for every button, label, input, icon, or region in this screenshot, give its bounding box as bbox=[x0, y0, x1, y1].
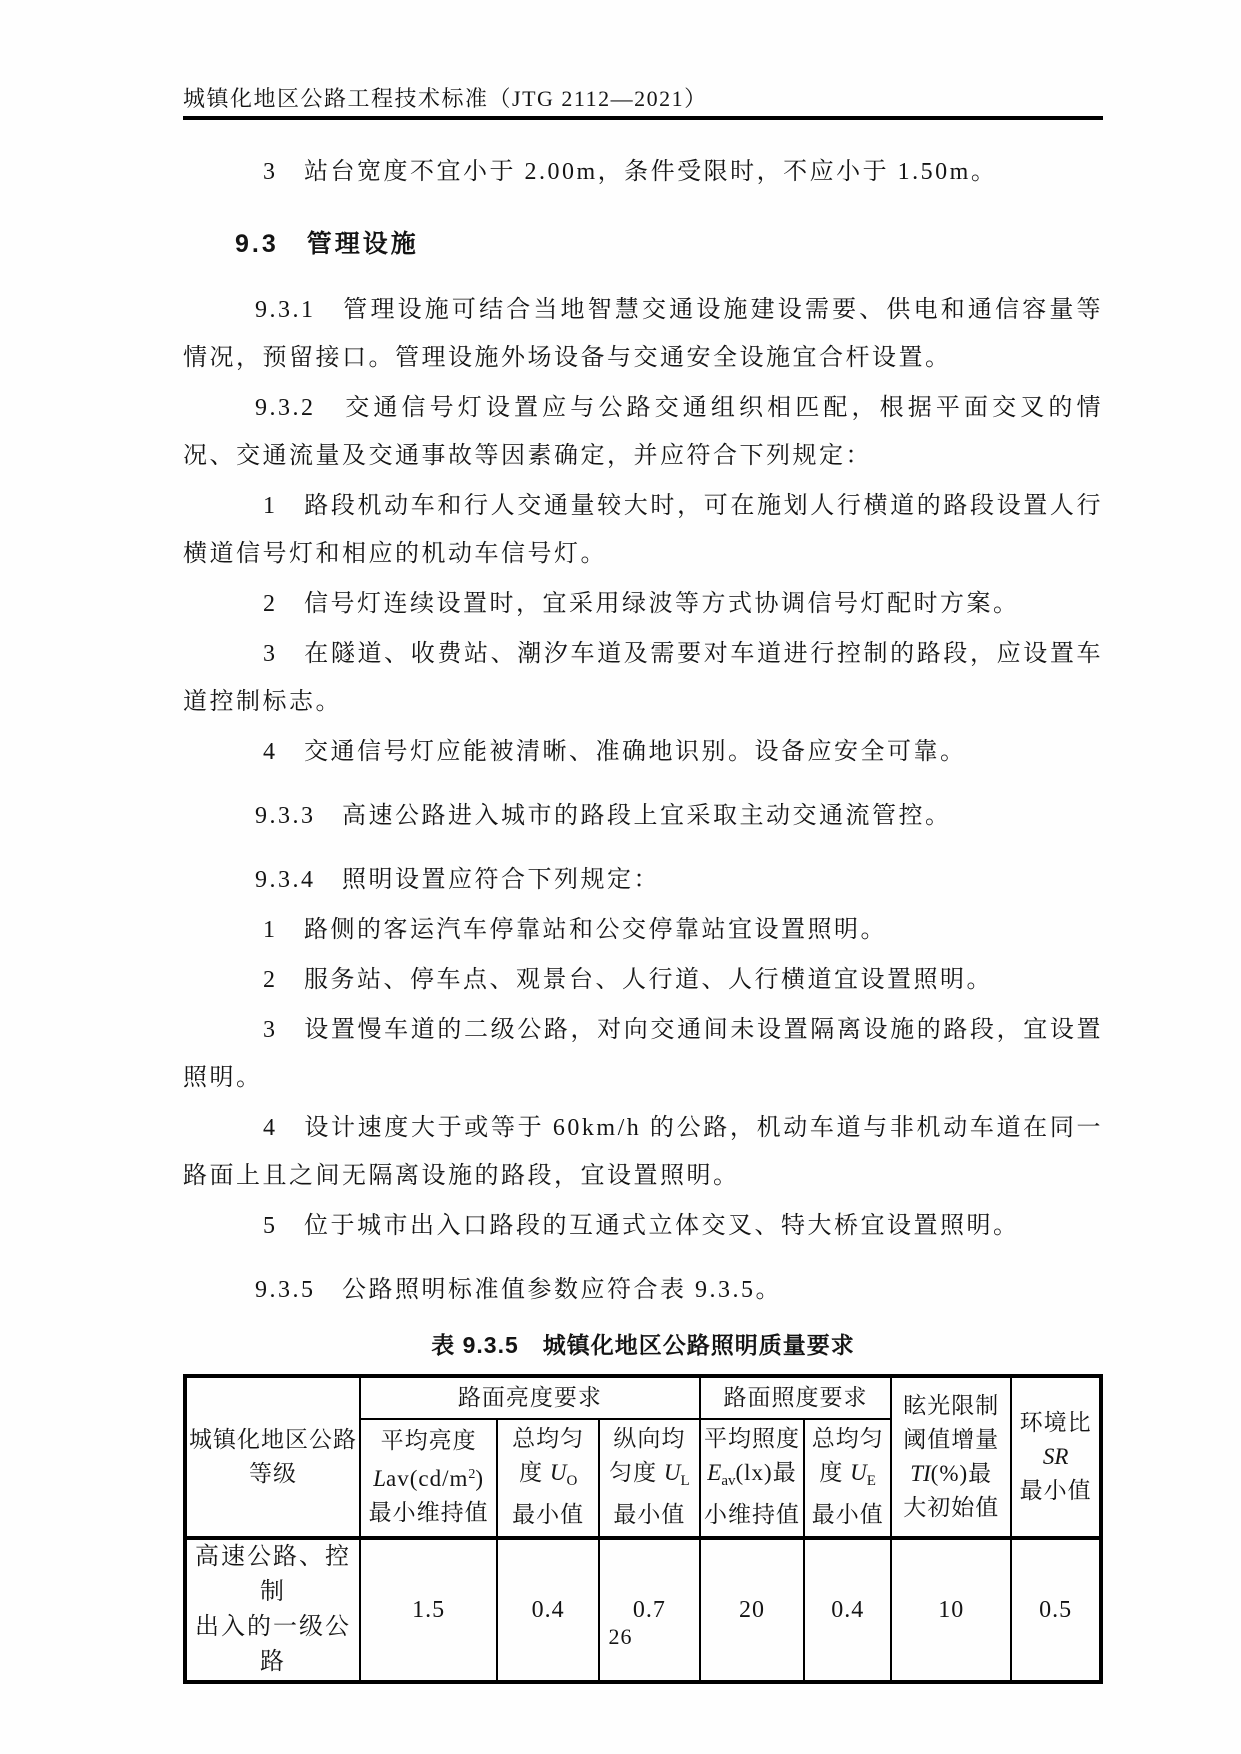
clause-9-3-5: 9.3.5 公路照明标准值参数应符合表 9.3.5。 bbox=[183, 1266, 1103, 1314]
th-longitudinal-uniformity-ul: 纵向均匀度 UL最小值 bbox=[599, 1419, 700, 1538]
cell-overall-uniformity-ue: 0.4 bbox=[804, 1538, 891, 1682]
clause-9-3-4-item-1: 1 路侧的客运汽车停靠站和公交停靠站宜设置照明。 bbox=[183, 906, 1103, 954]
clause-9-3-2-item-1: 1 路段机动车和行人交通量较大时，可在施划人行横道的路段设置人行横道信号灯和相应… bbox=[183, 482, 1103, 578]
header-rule bbox=[183, 116, 1103, 120]
cell-longitudinal-uniformity: 0.7 bbox=[599, 1538, 700, 1682]
th-overall-uniformity-uo: 总均匀度 UO最小值 bbox=[497, 1419, 599, 1538]
page-number: 26 bbox=[0, 1624, 1241, 1650]
clause-9-3-4: 9.3.4 照明设置应符合下列规定： bbox=[183, 856, 1103, 904]
th-average-illuminance: 平均照度Eav(lx)最小维持值 bbox=[700, 1419, 804, 1538]
cell-average-illuminance: 20 bbox=[700, 1538, 804, 1682]
clause-9-3-1: 9.3.1 管理设施可结合当地智慧交通设施建设需要、供电和通信容量等情况，预留接… bbox=[183, 286, 1103, 382]
table-9-3-5-caption: 表 9.3.5 城镇化地区公路照明质量要求 bbox=[183, 1328, 1103, 1362]
cell-overall-uniformity-uo: 0.4 bbox=[497, 1538, 599, 1682]
clause-9-3-4-item-4: 4 设计速度大于或等于 60km/h 的公路，机动车道与非机动车道在同一路面上且… bbox=[183, 1104, 1103, 1200]
clause-9-3-2: 9.3.2 交通信号灯设置应与公路交通组织相匹配，根据平面交叉的情况、交通流量及… bbox=[183, 384, 1103, 480]
th-overall-uniformity-ue: 总均匀度 UE最小值 bbox=[804, 1419, 891, 1538]
clause-9-3-2-item-3: 3 在隧道、收费站、潮汐车道及需要对车道进行控制的路段，应设置车道控制标志。 bbox=[183, 630, 1103, 726]
th-group-pavement-illuminance: 路面照度要求 bbox=[700, 1376, 891, 1419]
section-heading-9-3: 9.3 管理设施 bbox=[235, 220, 1103, 268]
clause-9-3-2-item-2: 2 信号灯连续设置时，宜采用绿波等方式协调信号灯配时方案。 bbox=[183, 580, 1103, 628]
page-body: 3 站台宽度不宜小于 2.00m，条件受限时，不应小于 1.50m。 9.3 管… bbox=[183, 148, 1103, 1684]
page-header: 城镇化地区公路工程技术标准（JTG 2112—2021） bbox=[183, 0, 1103, 120]
th-road-class: 城镇化地区公路等级 bbox=[185, 1376, 360, 1538]
clause-9-3-4-item-2: 2 服务站、停车点、观景台、人行道、人行横道宜设置照明。 bbox=[183, 956, 1103, 1004]
clause-9-3-2-item-4: 4 交通信号灯应能被清晰、准确地识别。设备应安全可靠。 bbox=[183, 728, 1103, 776]
cell-glare-ti: 10 bbox=[891, 1538, 1011, 1682]
running-header-title: 城镇化地区公路工程技术标准（JTG 2112—2021） bbox=[183, 86, 1103, 112]
th-average-luminance: 平均亮度Lav(cd/m2)最小维持值 bbox=[360, 1419, 497, 1538]
document-page: 城镇化地区公路工程技术标准（JTG 2112—2021） 3 站台宽度不宜小于 … bbox=[0, 0, 1241, 1754]
th-group-pavement-luminance: 路面亮度要求 bbox=[360, 1376, 700, 1419]
paragraph-platform-width: 3 站台宽度不宜小于 2.00m，条件受限时，不应小于 1.50m。 bbox=[183, 148, 1103, 196]
table-row: 高速公路、控制出入的一级公路 1.5 0.4 0.7 20 0.4 10 0.5 bbox=[185, 1538, 1101, 1682]
clause-9-3-3: 9.3.3 高速公路进入城市的路段上宜采取主动交通流管控。 bbox=[183, 792, 1103, 840]
clause-9-3-4-item-3: 3 设置慢车道的二级公路，对向交通间未设置隔离设施的路段，宜设置照明。 bbox=[183, 1006, 1103, 1102]
cell-surround-ratio: 0.5 bbox=[1011, 1538, 1101, 1682]
th-surround-ratio: 环境比SR最小值 bbox=[1011, 1376, 1101, 1538]
clause-9-3-4-item-5: 5 位于城市出入口路段的互通式立体交叉、特大桥宜设置照明。 bbox=[183, 1202, 1103, 1250]
th-glare-threshold-increment: 眩光限制阈值增量TI(%)最大初始值 bbox=[891, 1376, 1011, 1538]
cell-road-class: 高速公路、控制出入的一级公路 bbox=[185, 1538, 360, 1682]
cell-average-luminance: 1.5 bbox=[360, 1538, 497, 1682]
